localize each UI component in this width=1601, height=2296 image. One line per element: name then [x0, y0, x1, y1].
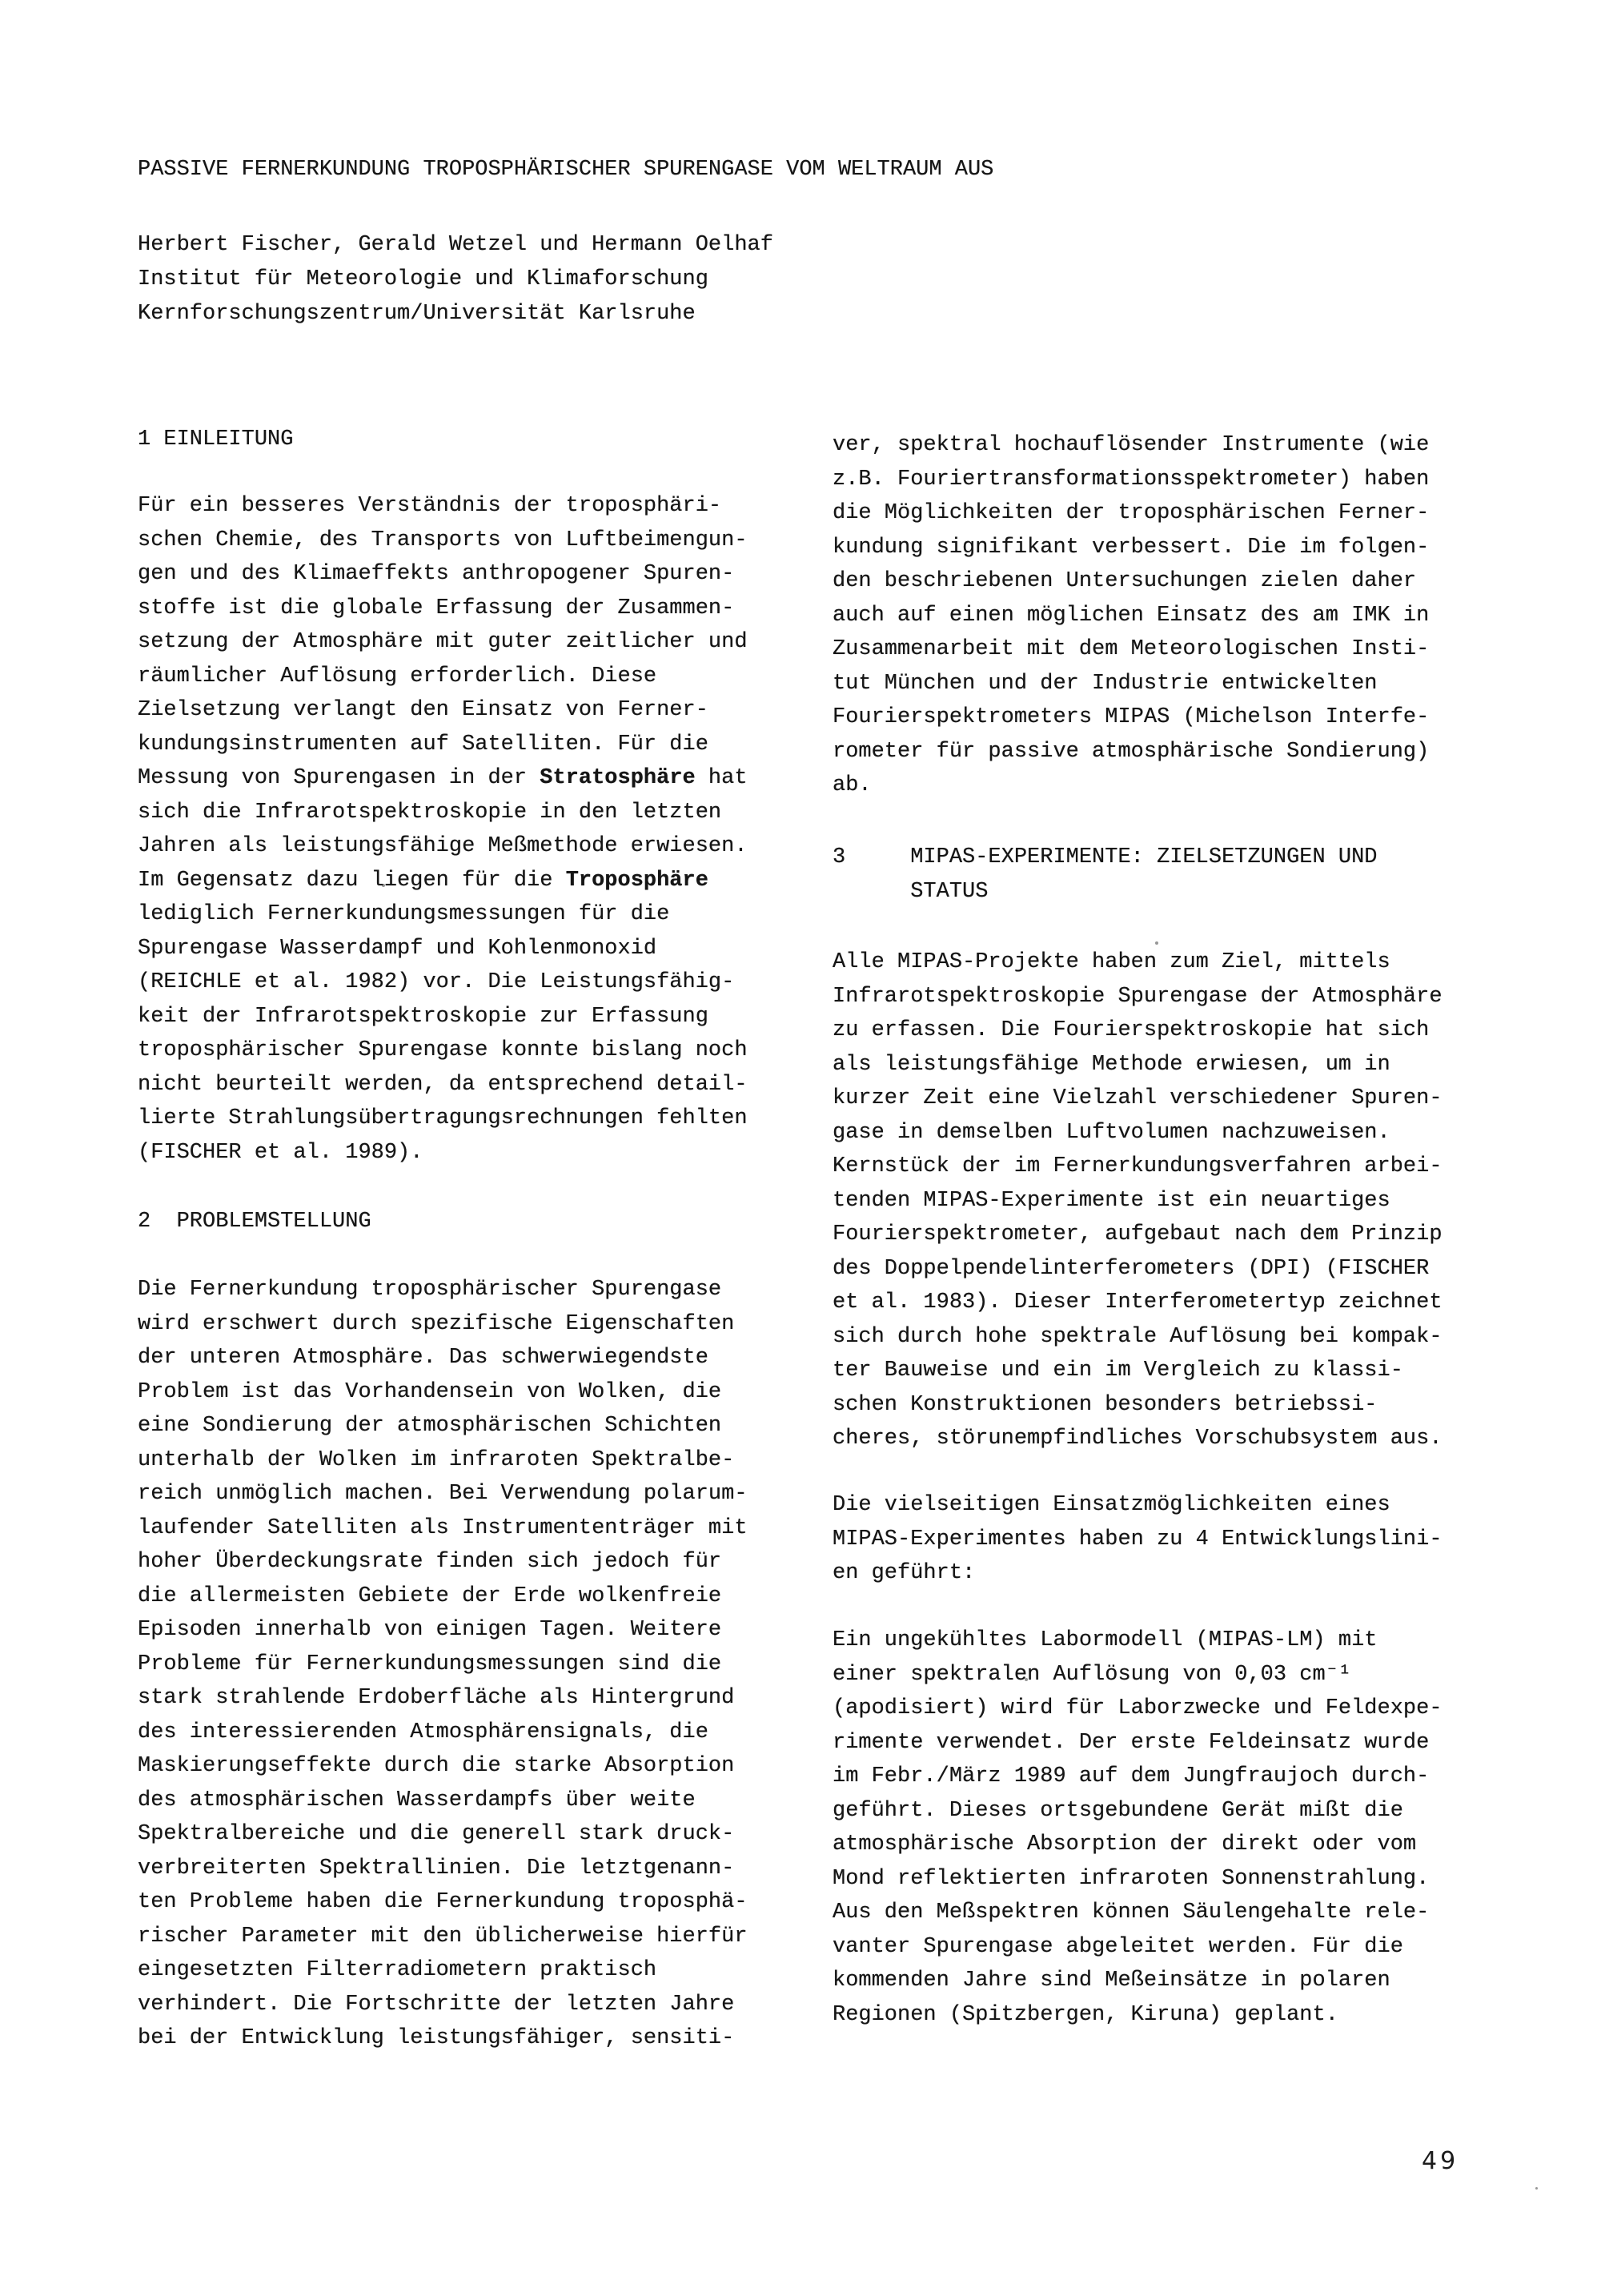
text-line: et al. 1983). Dieser Interferometertyp z… [833, 1286, 1443, 1320]
text-line: gen und des Klimaeffekts anthropogener S… [138, 557, 748, 592]
text-line: rometer für passive atmosphärische Sondi… [833, 735, 1429, 769]
entwicklungslinien-paragraph: Die vielseitigen Einsatzmöglichkeiten ei… [833, 1488, 1443, 1591]
section-heading-einleitung: 1 EINLEITUNG [138, 423, 293, 457]
text-line: nicht beurteilt werden, da entsprechend … [138, 1068, 748, 1102]
text-line: kommenden Jahre sind Meßeinsätze in pola… [833, 1964, 1443, 1998]
text-line: rimente verwendet. Der erste Feldeinsatz… [833, 1726, 1443, 1760]
text-line: keit der Infrarotspektroskopie zur Erfas… [138, 1000, 748, 1034]
text-line: eingesetzten Filterradiometern praktisch [138, 1953, 748, 1988]
text-line: die Möglichkeiten der troposphärischen F… [833, 496, 1429, 531]
text-line: kundungsinstrumenten auf Satelliten. Für… [138, 728, 748, 762]
text-line: Alle MIPAS-Projekte haben zum Ziel, mitt… [833, 945, 1443, 980]
text-line: Mond reflektierten infraroten Sonnenstra… [833, 1862, 1443, 1897]
text-line: sich durch hohe spektrale Auflösung bei … [833, 1320, 1443, 1355]
paper-title: PASSIVE FERNERKUNDUNG TROPOSPHÄRISCHER S… [138, 153, 993, 187]
text-line: Jahren als leistungsfähige Meßmethode er… [138, 829, 748, 864]
text-line: Aus den Meßspektren können Säulengehalte… [833, 1896, 1443, 1930]
text-line: Maskierungseffekte durch die starke Abso… [138, 1749, 748, 1784]
text-line: ver, spektral hochauflösender Instrument… [833, 428, 1429, 463]
text-line: im Febr./März 1989 auf dem Jungfraujoch … [833, 1760, 1443, 1794]
text-line: wird erschwert durch spezifische Eigensc… [138, 1307, 748, 1342]
text-line: sich die Infrarotspektroskopie in den le… [138, 796, 748, 830]
text-line: laufender Satelliten als Instrumententrä… [138, 1511, 748, 1546]
text-line: ter Bauweise und ein im Vergleich zu kla… [833, 1354, 1443, 1388]
text-line: (apodisiert) wird für Laborzwecke und Fe… [833, 1692, 1443, 1726]
text-line: ten Probleme haben die Fernerkundung tro… [138, 1885, 748, 1920]
text-line: reich unmöglich machen. Bei Verwendung p… [138, 1477, 748, 1511]
section-heading-mipas-experimente: 3 MIPAS-EXPERIMENTE: ZIELSETZUNGEN UND S… [833, 841, 1378, 909]
text-line: Regionen (Spitzbergen, Kiruna) geplant. [833, 1998, 1443, 2033]
text-line: Die vielseitigen Einsatzmöglichkeiten ei… [833, 1488, 1443, 1523]
problemstellung-paragraph: Die Fernerkundung troposphärischer Spure… [138, 1273, 748, 2056]
scan-speck [1025, 1678, 1028, 1681]
text-line: einer spektralen Auflösung von 0,03 cm⁻¹ [833, 1658, 1443, 1692]
text-line: kurzer Zeit eine Vielzahl verschiedener … [833, 1082, 1443, 1116]
text-line: die allermeisten Gebiete der Erde wolken… [138, 1580, 748, 1614]
text-line: Fourierspektrometer, aufgebaut nach dem … [833, 1218, 1443, 1252]
text-line: kundung signifikant verbessert. Die im f… [833, 531, 1429, 565]
text-line: geführt. Dieses ortsgebundene Gerät mißt… [833, 1794, 1443, 1828]
text-line: eine Sondierung der atmosphärischen Schi… [138, 1409, 748, 1443]
text-line: cheres, störunempfindliches Vorschubsyst… [833, 1422, 1443, 1456]
section-heading-problemstellung: 2 PROBLEMSTELLUNG [138, 1205, 371, 1239]
text-line: MIPAS-Experimentes haben zu 4 Entwicklun… [833, 1523, 1443, 1557]
text-line: (FISCHER et al. 1989). [138, 1136, 748, 1170]
text-line: auch auf einen möglichen Einsatz des am … [833, 599, 1429, 633]
text-line: Messung von Spurengasen in der Stratosph… [138, 761, 748, 796]
text-line: Für ein besseres Verständnis der troposp… [138, 489, 748, 524]
text-line: STATUS [833, 875, 1378, 909]
text-line: lierte Strahlungsübertragungsrechnungen … [138, 1102, 748, 1136]
text-line: schen Konstruktionen besonders betriebss… [833, 1388, 1443, 1423]
right-column-continuation-paragraph: ver, spektral hochauflösender Instrument… [833, 428, 1429, 803]
text-line: Zielsetzung verlangt den Einsatz von Fer… [138, 693, 748, 728]
text-line: räumlicher Auflösung erforderlich. Diese [138, 660, 748, 694]
text-line: tut München und der Industrie entwickelt… [833, 667, 1429, 701]
text-line: 3 MIPAS-EXPERIMENTE: ZIELSETZUNGEN UND [833, 841, 1378, 875]
page-number: 49 [1422, 2147, 1459, 2175]
text-line: bei der Entwicklung leistungsfähiger, se… [138, 2021, 748, 2056]
text-line: en geführt: [833, 1556, 1443, 1591]
text-line: Spurengase Wasserdampf und Kohlenmonoxid [138, 932, 748, 966]
text-line: Spektralbereiche und die generell stark … [138, 1817, 748, 1852]
text-line: vanter Spurengase abgeleitet werden. Für… [833, 1930, 1443, 1965]
text-line: setzung der Atmosphäre mit guter zeitlic… [138, 625, 748, 660]
mipas-projekte-paragraph: Alle MIPAS-Projekte haben zum Ziel, mitt… [833, 945, 1443, 1456]
author-affiliation-block: Herbert Fischer, Gerald Wetzel und Herma… [138, 228, 773, 331]
text-line: Probleme für Fernerkundungsmessungen sin… [138, 1648, 748, 1682]
einleitung-paragraph: Für ein besseres Verständnis der troposp… [138, 489, 748, 1170]
text-line: den beschriebenen Untersuchungen zielen … [833, 564, 1429, 599]
scan-speck [382, 884, 385, 887]
text-line: Infrarotspektroskopie Spurengase der Atm… [833, 980, 1443, 1014]
text-line: Episoden innerhalb von einigen Tagen. We… [138, 1613, 748, 1648]
text-line: schen Chemie, des Transports von Luftbei… [138, 524, 748, 558]
text-line: Zusammenarbeit mit dem Meteorologischen … [833, 632, 1429, 667]
text-line: Kernstück der im Fernerkundungsverfahren… [833, 1150, 1443, 1184]
text-line: tenden MIPAS-Experimente ist ein neuarti… [833, 1184, 1443, 1218]
text-line: Ein ungekühltes Labormodell (MIPAS-LM) m… [833, 1624, 1443, 1658]
scan-speck [1155, 941, 1158, 945]
text-line: ab. [833, 769, 1429, 803]
text-line: als leistungsfähige Methode erwiesen, um… [833, 1048, 1443, 1082]
text-line: troposphärischer Spurengase konnte bisla… [138, 1034, 748, 1068]
text-line: z.B. Fouriertransformationsspektrometer)… [833, 463, 1429, 497]
text-line: hoher Überdeckungsrate finden sich jedoc… [138, 1545, 748, 1580]
text-line: verbreiterten Spektrallinien. Die letztg… [138, 1852, 748, 1886]
text-line: (REICHLE et al. 1982) vor. Die Leistungs… [138, 965, 748, 1000]
text-line: des Doppelpendelinterferometers (DPI) (F… [833, 1252, 1443, 1286]
text-line: unterhalb der Wolken im infraroten Spekt… [138, 1443, 748, 1478]
text-line: stark strahlende Erdoberfläche als Hinte… [138, 1681, 748, 1716]
text-line: des atmosphärischen Wasserdampfs über we… [138, 1784, 748, 1818]
text-line: des interessierenden Atmosphärensignals,… [138, 1716, 748, 1750]
text-line: Institut für Meteorologie und Klimaforsc… [138, 263, 773, 297]
text-line: stoffe ist die globale Erfassung der Zus… [138, 592, 748, 626]
text-line: Im Gegensatz dazu liegen für die Troposp… [138, 864, 748, 898]
text-line: gase in demselben Luftvolumen nachzuweis… [833, 1116, 1443, 1150]
text-line: Fourierspektrometers MIPAS (Michelson In… [833, 700, 1429, 735]
text-line: Kernforschungszentrum/Universität Karlsr… [138, 297, 773, 331]
text-line: rischer Parameter mit den üblicherweise … [138, 1920, 748, 1954]
text-line: Die Fernerkundung troposphärischer Spure… [138, 1273, 748, 1307]
text-line: der unteren Atmosphäre. Das schwerwiegen… [138, 1341, 748, 1375]
text-line: verhindert. Die Fortschritte der letzten… [138, 1988, 748, 2022]
text-line: Problem ist das Vorhandensein von Wolken… [138, 1375, 748, 1410]
text-line: zu erfassen. Die Fourierspektroskopie ha… [833, 1014, 1443, 1048]
text-line: lediglich Fernerkundungsmessungen für di… [138, 897, 748, 932]
document-page: PASSIVE FERNERKUNDUNG TROPOSPHÄRISCHER S… [0, 0, 1601, 2296]
text-line: Herbert Fischer, Gerald Wetzel und Herma… [138, 228, 773, 263]
labormodell-paragraph: Ein ungekühltes Labormodell (MIPAS-LM) m… [833, 1624, 1443, 2032]
scan-speck [1535, 2187, 1538, 2190]
text-line: atmosphärische Absorption der direkt ode… [833, 1828, 1443, 1862]
